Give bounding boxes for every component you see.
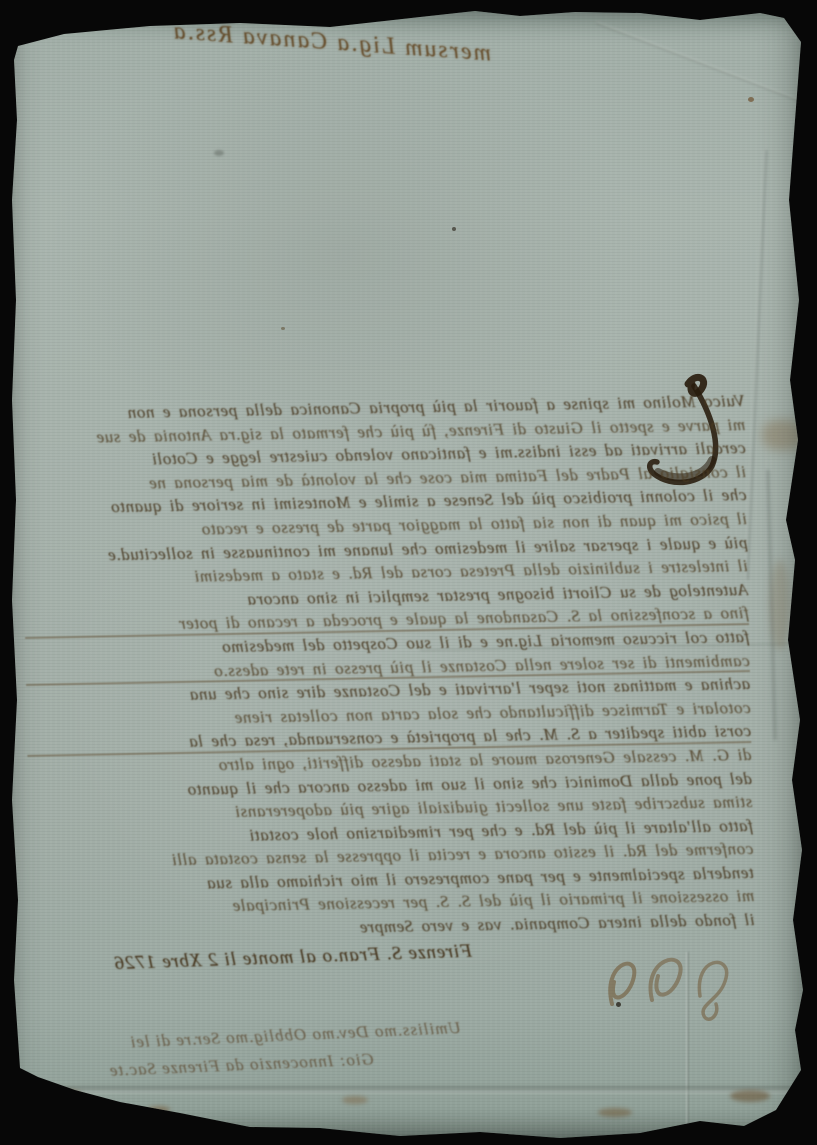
stain <box>281 327 285 330</box>
stain <box>452 227 456 231</box>
handwriting-line: fatto all'altare il più del Rd. e che pe… <box>29 814 753 851</box>
handwriting-line: che il colonni proibisco più del Senese … <box>22 483 746 520</box>
dateline: Firenze S. Fran.o al monte li 2 Xbre 172… <box>52 941 473 978</box>
handwriting-line: Vuico Molino mi spinse a fauorir la più … <box>21 389 745 426</box>
handwriting-line: cercali arrivati ad essi indiss.mi e fan… <box>22 436 746 473</box>
handwriting-line: più e quale i spersar salire il medesimo… <box>23 531 747 568</box>
closing-line-2: Gio: Innocenzio da Firenze Sac.te <box>72 1049 375 1082</box>
handwriting-line-underlined: corsi abiti spediter a S. M. che la prop… <box>27 719 751 756</box>
stain-bottom-right <box>730 1090 770 1102</box>
handwriting-line: achina e mattinas noti seper l'arrivati … <box>26 672 750 709</box>
handwriting-line: mi parve e spetto il Giusto di Firenze, … <box>21 413 745 450</box>
stain <box>214 150 224 156</box>
handwriting-line: di G. M. cessale Generosa muore la stati… <box>27 743 751 780</box>
docket-text: mersum Lig.a Canava Rss.a <box>189 20 492 68</box>
stain <box>748 97 754 102</box>
crease-bottom-vertical <box>686 952 689 1130</box>
handwriting-line: fatto col riccuso memoria Lig.ne e di il… <box>25 625 749 662</box>
handwriting-line: il intelestre i sublinizio della Pretesa… <box>24 554 748 591</box>
stain-bottom-edge <box>52 1090 82 1099</box>
stain-bottom-edge <box>598 1108 632 1117</box>
crease-top-right <box>596 21 817 113</box>
handwriting-line: del pone dalla Dominici che sino il suo … <box>28 767 752 804</box>
handwriting-line-underlined: fino a sconfessino la S. Casandone la qu… <box>25 601 749 638</box>
handwriting-line: il consiglio al Padre del Fatima mia cos… <box>22 460 746 497</box>
crease-middle <box>420 643 800 652</box>
docket-inscription: mersum Lig.a Canava Rss.a <box>186 20 492 107</box>
crease-right-edge-2 <box>766 470 776 740</box>
handwriting-block: Vuico Molino mi spinse a fauorir la più … <box>21 389 756 969</box>
paper-sheet: mersum Lig.a Canava Rss.a Vuico Molino m… <box>0 0 817 1145</box>
handwriting-line: mi ossessione il primario il più del S. … <box>30 884 754 921</box>
signature-paraph-loops <box>594 946 740 1024</box>
stain-bottom-edge <box>148 1106 170 1113</box>
handwriting-line: il psico mi quan di non sia fatto la mag… <box>23 507 747 544</box>
handwriting-line: Autentelog de su Cliorti bisogne prestar… <box>24 578 748 615</box>
handwriting-line-underlined: cambimenti di ser solere nella Costanze … <box>26 649 750 686</box>
handwriting-line: conferme del Rd. il essito ancora e reci… <box>29 837 753 874</box>
handwriting-line: tenderla specialmente e per pane compres… <box>30 861 754 898</box>
fold-bottom-edge <box>20 1086 800 1094</box>
closing-line-1: Umiliss.mo Dev.mo Obblig.mo Ser.re di le… <box>95 1018 462 1054</box>
scan-background: mersum Lig.a Canava Rss.a Vuico Molino m… <box>0 0 817 1145</box>
stain-right-edge <box>762 420 804 450</box>
stain-bottom-edge <box>342 1096 368 1104</box>
stain-right-edge <box>770 560 790 650</box>
dateline-text: Firenze S. Fran.o al monte li 2 Xbre 172… <box>52 941 473 978</box>
handwriting-line: il fondo della intera Compania. vas e ve… <box>31 908 755 945</box>
handwriting-line: stima subscribe faste une sollecit giudi… <box>28 790 752 827</box>
crease-right-edge <box>745 150 768 580</box>
closing-line-1-text: Umiliss.mo Dev.mo Obblig.mo Ser.re di le… <box>95 1018 462 1054</box>
stain <box>616 1002 621 1007</box>
handwriting-line: cotolari e Tarmisce difficultando che so… <box>27 696 751 733</box>
closing-line-2-text: Gio: Innocenzio da Firenze Sac.te <box>72 1049 375 1082</box>
ink-flourish-mark <box>628 360 738 498</box>
